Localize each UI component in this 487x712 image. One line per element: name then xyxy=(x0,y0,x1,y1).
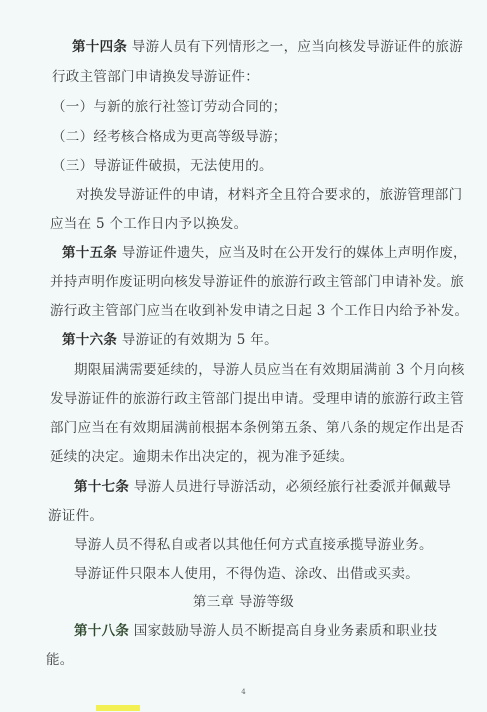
article-17-para-2: 导游人员不得私自或者以其他任何方式直接承揽导游业务。 xyxy=(74,536,433,554)
article-15-line-2: 并持声明作废证明向核发导游证件的旅游行政主管部门申请补发。旅 xyxy=(50,273,464,291)
document-page: 第十四条 导游人员有下列情形之一，应当向核发导游证件的旅游 行政主管部门申请换发… xyxy=(0,0,487,712)
article-18-heading: 第十八条 xyxy=(74,623,129,639)
article-17-heading: 第十七条 xyxy=(74,479,129,495)
text: 导游证的有效期为 5 年。 xyxy=(117,332,278,348)
list-item-1: （一）与新的旅行社签订劳动合同的； xyxy=(52,98,287,116)
renewal-line-2: 发导游证件的旅游行政主管部门提出申请。受理申请的旅游行政主管 xyxy=(50,390,464,408)
text: 导游人员有下列情形之一，应当向核发导游证件的旅游 xyxy=(127,39,463,55)
article-15-line-1: 第十五条 导游证件遗失，应当及时在公开发行的媒体上声明作废， xyxy=(62,244,467,262)
renewal-line-1: 期限届满需要延续的，导游人员应当在有效期届满前 3 个月向核 xyxy=(74,361,465,379)
article-15-line-3: 游行政主管部门应当在收到补发申请之日起 3 个工作日内给予补发。 xyxy=(50,302,468,320)
chapter-3-heading: 第三章 导游等级 xyxy=(0,593,487,611)
article-14-line-1: 第十四条 导游人员有下列情形之一，应当向核发导游证件的旅游 xyxy=(72,38,463,56)
list-item-3: （三）导游证件破损，无法使用的。 xyxy=(52,157,273,175)
article-17-line-2: 游证件。 xyxy=(48,507,103,525)
article-18-line-2: 能。 xyxy=(46,651,74,669)
renewal-line-3: 部门应当在有效期届满前根据本条例第五条、第八条的规定作出是否 xyxy=(50,419,464,437)
article-16-line-1: 第十六条 导游证的有效期为 5 年。 xyxy=(62,331,278,349)
article-14-line-2: 行政主管部门申请换发导游证件： xyxy=(52,68,259,86)
article-17-para-3: 导游证件只限本人使用，不得伪造、涂改、出借或买卖。 xyxy=(74,565,419,583)
renewal-line-4: 延续的决定。逾期未作出决定的，视为准予延续。 xyxy=(50,448,354,466)
page-number: 4 xyxy=(0,688,487,696)
article-14-heading: 第十四条 xyxy=(72,39,127,55)
reissue-paragraph-line-1: 对换发导游证件的申请，材料齐全且符合要求的，旅游管理部门 xyxy=(76,186,462,204)
text: 导游人员进行导游活动，必须经旅行社委派并佩戴导 xyxy=(129,479,451,495)
article-15-heading: 第十五条 xyxy=(62,245,117,261)
text: 国家鼓励导游人员不断提高自身业务素质和职业技 xyxy=(129,623,437,639)
article-18-line-1: 第十八条 国家鼓励导游人员不断提高自身业务素质和职业技 xyxy=(74,622,437,640)
reissue-paragraph-line-2: 应当在 5 个工作日内予以换发。 xyxy=(50,215,247,233)
text: 导游证件遗失，应当及时在公开发行的媒体上声明作废， xyxy=(117,245,467,261)
article-17-line-1: 第十七条 导游人员进行导游活动，必须经旅行社委派并佩戴导 xyxy=(74,478,451,496)
list-item-2: （二）经考核合格成为更高等级导游； xyxy=(52,128,287,146)
article-16-heading: 第十六条 xyxy=(62,332,117,348)
highlight-mark xyxy=(96,705,140,711)
